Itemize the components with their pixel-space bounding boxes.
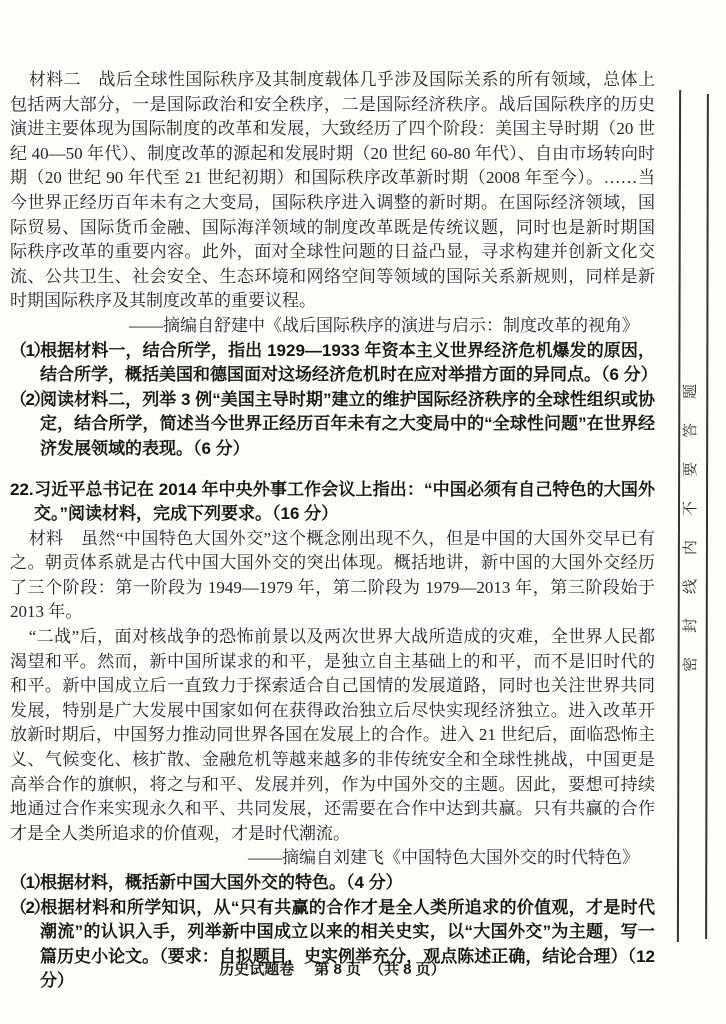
sub-question-text: 根据材料一，结合所学，指出 1929—1933 年资本主义世界经济危机爆发的原因… xyxy=(40,341,658,385)
question-22-intro: 习近平总书记在 2014 年中央外事工作会议上指出：“中国必须有自己特色的大国外… xyxy=(34,480,655,524)
material-paragraph-2: “二战”后，面对核战争的恐怖前景以及两次世界大战所造成的灾难，全世界人民都渴望和… xyxy=(10,625,655,846)
sub-question-number: （2） xyxy=(10,388,40,413)
material-paragraph-1: 材料 虽然“中国特色大国外交”这个概念刚出现不久，但是中国的大国外交早已有之。朝… xyxy=(10,527,655,625)
sub-question-number: （1） xyxy=(10,339,40,364)
exam-page: 材料二 战后全球性国际秩序及其制度载体几乎涉及国际关系的所有领域，总体上包括两大… xyxy=(0,0,726,1024)
question-22-stem: 22.习近平总书记在 2014 年中央外事工作会议上指出：“中国必须有自己特色的… xyxy=(10,478,655,527)
sub-question-text: 根据材料，概括新中国大国外交的特色。（4 分） xyxy=(40,873,403,892)
material-source-attribution: ——摘编自刘建飞《中国特色大国外交的时代特色》 xyxy=(10,846,655,871)
question-22-number: 22. xyxy=(10,478,34,503)
footer-page-total: （共 8 页） xyxy=(369,961,446,978)
seal-line-outer xyxy=(705,94,708,939)
material-2-paragraph: 材料二 战后全球性国际秩序及其制度载体几乎涉及国际关系的所有领域，总体上包括两大… xyxy=(10,68,655,314)
sub-question-22-2: （2）根据材料和所学知识，从“只有共赢的合作才是全人类所追求的价值观，才是时代潮… xyxy=(10,896,655,994)
sub-question-21-1: （1）根据材料一，结合所学，指出 1929—1933 年资本主义世界经济危机爆发… xyxy=(10,339,655,388)
sub-question-22-1: （1）根据材料，概括新中国大国外交的特色。（4 分） xyxy=(10,871,655,896)
footer-booklet-title: 历史试题卷 xyxy=(219,961,294,978)
sub-question-number: （2） xyxy=(10,896,40,921)
page-body: 材料二 战后全球性国际秩序及其制度载体几乎涉及国际关系的所有领域，总体上包括两大… xyxy=(10,68,655,994)
question-21-section: 材料二 战后全球性国际秩序及其制度载体几乎涉及国际关系的所有领域，总体上包括两大… xyxy=(10,68,655,462)
material-2-source-attribution: ——摘编自舒建中《战后国际秩序的演进与启示：制度改革的视角》 xyxy=(10,314,655,339)
sub-question-number: （1） xyxy=(10,871,40,896)
seal-instruction-vertical-text: 密封线内不要答题 xyxy=(684,360,699,672)
sub-question-text: 阅读材料二，列举 3 例“美国主导时期”建立的维护国际经济秩序的全球性组织或协定… xyxy=(40,390,655,458)
seal-line-inner xyxy=(677,90,681,942)
sub-question-21-2: （2）阅读材料二，列举 3 例“美国主导时期”建立的维护国际经济秩序的全球性组织… xyxy=(10,388,655,462)
question-22-section: 22.习近平总书记在 2014 年中央外事工作会议上指出：“中国必须有自己特色的… xyxy=(10,478,655,994)
footer-page-number: 第 8 页 xyxy=(314,961,361,978)
page-footer: 历史试题卷第 8 页（共 8 页） xyxy=(10,958,655,979)
